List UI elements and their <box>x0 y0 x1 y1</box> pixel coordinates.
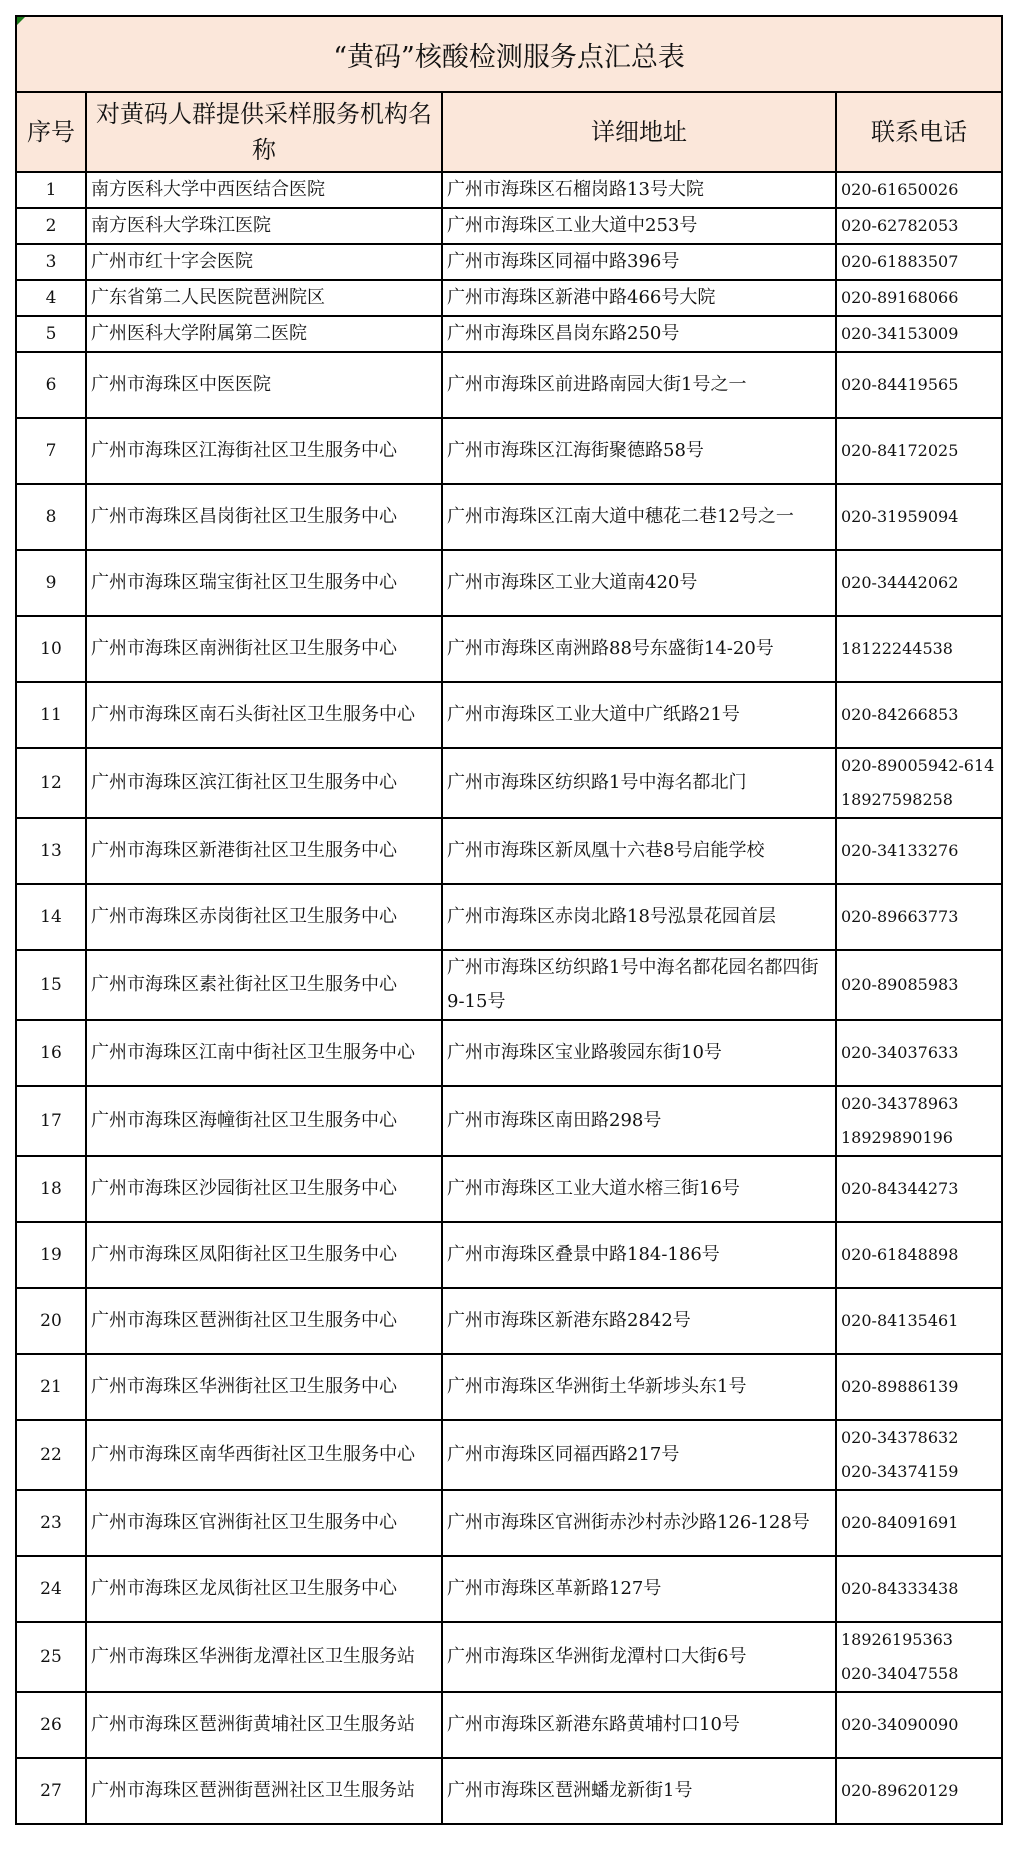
table-title-cell[interactable]: “黄码”核酸检测服务点汇总表 <box>16 16 1002 92</box>
table-row: 22广州市海珠区南华西街社区卫生服务中心广州市海珠区同福西路217号020-34… <box>16 1420 1002 1490</box>
spreadsheet: “黄码”核酸检测服务点汇总表 序号 对黄码人群提供采样服务机构名称 详细地址 联… <box>15 15 1001 1825</box>
cell-phone[interactable]: 020-34037633 <box>836 1020 1002 1086</box>
phone-number: 020-34378632 <box>841 1421 997 1455</box>
cell-phone[interactable]: 020-89663773 <box>836 884 1002 950</box>
cell-address[interactable]: 广州市海珠区新港东路黄埔村口10号 <box>442 1692 836 1758</box>
cell-phone[interactable]: 020-34153009 <box>836 316 1002 352</box>
phone-number: 18122244538 <box>841 632 997 666</box>
cell-name[interactable]: 广州市海珠区华洲街龙潭社区卫生服务站 <box>86 1622 442 1692</box>
table-row: 9广州市海珠区瑞宝街社区卫生服务中心广州市海珠区工业大道南420号020-344… <box>16 550 1002 616</box>
cell-address[interactable]: 广州市海珠区江海街聚德路58号 <box>442 418 836 484</box>
phone-number: 020-84266853 <box>841 698 997 732</box>
cell-name[interactable]: 广州市红十字会医院 <box>86 244 442 280</box>
cell-address[interactable]: 广州市海珠区工业大道中253号 <box>442 208 836 244</box>
cell-no[interactable]: 12 <box>16 748 86 818</box>
header-name[interactable]: 对黄码人群提供采样服务机构名称 <box>86 92 442 172</box>
cell-name[interactable]: 广州市海珠区滨江街社区卫生服务中心 <box>86 748 442 818</box>
cell-address[interactable]: 广州市海珠区革新路127号 <box>442 1556 836 1622</box>
cell-address[interactable]: 广州市海珠区叠景中路184-186号 <box>442 1222 836 1288</box>
service-points-table: “黄码”核酸检测服务点汇总表 序号 对黄码人群提供采样服务机构名称 详细地址 联… <box>15 15 1003 1825</box>
phone-number: 020-84419565 <box>841 368 997 402</box>
table-row: 4广东省第二人民医院琶洲院区广州市海珠区新港中路466号大院020-891680… <box>16 280 1002 316</box>
cell-phone[interactable]: 18122244538 <box>836 616 1002 682</box>
table-row: 21广州市海珠区华洲街社区卫生服务中心广州市海珠区华洲街土华新埗头东1号020-… <box>16 1354 1002 1420</box>
phone-number: 18927598258 <box>841 783 997 817</box>
cell-phone[interactable]: 020-34133276 <box>836 818 1002 884</box>
phone-number: 020-62782053 <box>841 209 997 243</box>
cell-address[interactable]: 广州市海珠区前进路南园大街1号之一 <box>442 352 836 418</box>
cell-name[interactable]: 广州市海珠区官洲街社区卫生服务中心 <box>86 1490 442 1556</box>
cell-address[interactable]: 广州市海珠区石榴岗路13号大院 <box>442 172 836 208</box>
cell-no[interactable]: 4 <box>16 280 86 316</box>
phone-number: 020-34442062 <box>841 566 997 600</box>
table-row: 1南方医科大学中西医结合医院广州市海珠区石榴岗路13号大院020-6165002… <box>16 172 1002 208</box>
cell-name[interactable]: 广州市海珠区沙园街社区卫生服务中心 <box>86 1156 442 1222</box>
cell-name[interactable]: 广州市海珠区华洲街社区卫生服务中心 <box>86 1354 442 1420</box>
cell-name[interactable]: 广州市海珠区江南中街社区卫生服务中心 <box>86 1020 442 1086</box>
cell-phone[interactable]: 020-3437896318929890196 <box>836 1086 1002 1156</box>
cell-address[interactable]: 广州市海珠区工业大道南420号 <box>442 550 836 616</box>
header-address[interactable]: 详细地址 <box>442 92 836 172</box>
cell-no[interactable]: 21 <box>16 1354 86 1420</box>
cell-no[interactable]: 10 <box>16 616 86 682</box>
cell-address[interactable]: 广州市海珠区南洲路88号东盛街14-20号 <box>442 616 836 682</box>
cell-name[interactable]: 广州市海珠区中医医院 <box>86 352 442 418</box>
cell-phone[interactable]: 020-84333438 <box>836 1556 1002 1622</box>
cell-no[interactable]: 27 <box>16 1758 86 1824</box>
cell-name[interactable]: 广州市海珠区龙凤街社区卫生服务中心 <box>86 1556 442 1622</box>
cell-no[interactable]: 25 <box>16 1622 86 1692</box>
cell-name[interactable]: 广州市海珠区昌岗街社区卫生服务中心 <box>86 484 442 550</box>
cell-address[interactable]: 广州市海珠区纺织路1号中海名都北门 <box>442 748 836 818</box>
cell-name[interactable]: 广州市海珠区南华西街社区卫生服务中心 <box>86 1420 442 1490</box>
cell-address[interactable]: 广州市海珠区工业大道水榕三街16号 <box>442 1156 836 1222</box>
cell-no[interactable]: 23 <box>16 1490 86 1556</box>
cell-address[interactable]: 广州市海珠区华洲街土华新埗头东1号 <box>442 1354 836 1420</box>
cell-address[interactable]: 广州市海珠区宝业路骏园东街10号 <box>442 1020 836 1086</box>
cell-address[interactable]: 广州市海珠区华洲街龙潭村口大街6号 <box>442 1622 836 1692</box>
cell-phone[interactable]: 020-84135461 <box>836 1288 1002 1354</box>
table-row: 25广州市海珠区华洲街龙潭社区卫生服务站广州市海珠区华洲街龙潭村口大街6号189… <box>16 1622 1002 1692</box>
phone-number: 020-84344273 <box>841 1172 997 1206</box>
cell-no[interactable]: 26 <box>16 1692 86 1758</box>
cell-address[interactable]: 广州市海珠区同福西路217号 <box>442 1420 836 1490</box>
cell-name[interactable]: 广州市海珠区琶洲街黄埔社区卫生服务站 <box>86 1692 442 1758</box>
cell-no[interactable]: 20 <box>16 1288 86 1354</box>
cell-no[interactable]: 11 <box>16 682 86 748</box>
table-row: 11广州市海珠区南石头街社区卫生服务中心广州市海珠区工业大道中广纸路21号020… <box>16 682 1002 748</box>
table-row: 17广州市海珠区海幢街社区卫生服务中心广州市海珠区南田路298号020-3437… <box>16 1086 1002 1156</box>
cell-name[interactable]: 广州市海珠区素社街社区卫生服务中心 <box>86 950 442 1020</box>
cell-phone[interactable]: 020-84419565 <box>836 352 1002 418</box>
phone-number: 020-61650026 <box>841 173 997 207</box>
cell-address[interactable]: 广州市海珠区南田路298号 <box>442 1086 836 1156</box>
phone-number: 18926195363 <box>841 1623 997 1657</box>
table-row: 27广州市海珠区琶洲街琶洲社区卫生服务站广州市海珠区琶洲蟠龙新街1号020-89… <box>16 1758 1002 1824</box>
cell-address[interactable]: 广州市海珠区赤岗北路18号泓景花园首层 <box>442 884 836 950</box>
cell-no[interactable]: 14 <box>16 884 86 950</box>
cell-no[interactable]: 15 <box>16 950 86 1020</box>
phone-number: 020-84172025 <box>841 434 997 468</box>
table-row: 20广州市海珠区琶洲街社区卫生服务中心广州市海珠区新港东路2842号020-84… <box>16 1288 1002 1354</box>
cell-no[interactable]: 2 <box>16 208 86 244</box>
cell-phone[interactable]: 020-89168066 <box>836 280 1002 316</box>
table-row: 6广州市海珠区中医医院广州市海珠区前进路南园大街1号之一020-84419565 <box>16 352 1002 418</box>
phone-number: 020-84091691 <box>841 1506 997 1540</box>
cell-no[interactable]: 8 <box>16 484 86 550</box>
table-row: 16广州市海珠区江南中街社区卫生服务中心广州市海珠区宝业路骏园东街10号020-… <box>16 1020 1002 1086</box>
cell-address[interactable]: 广州市海珠区昌岗东路250号 <box>442 316 836 352</box>
cell-phone[interactable]: 020-89005942-61418927598258 <box>836 748 1002 818</box>
cell-phone[interactable]: 18926195363020-34047558 <box>836 1622 1002 1692</box>
cell-phone[interactable]: 020-61883507 <box>836 244 1002 280</box>
cell-name[interactable]: 南方医科大学珠江医院 <box>86 208 442 244</box>
phone-number: 020-34133276 <box>841 834 997 868</box>
cell-comment-marker-icon <box>17 17 25 25</box>
table-title: “黄码”核酸检测服务点汇总表 <box>333 42 685 73</box>
cell-phone[interactable]: 020-62782053 <box>836 208 1002 244</box>
phone-number: 020-34037633 <box>841 1036 997 1070</box>
table-row: 7广州市海珠区江海街社区卫生服务中心广州市海珠区江海街聚德路58号020-841… <box>16 418 1002 484</box>
phone-number: 020-34153009 <box>841 317 997 351</box>
cell-phone[interactable]: 020-89886139 <box>836 1354 1002 1420</box>
cell-phone[interactable]: 020-34090090 <box>836 1692 1002 1758</box>
table-row: 23广州市海珠区官洲街社区卫生服务中心广州市海珠区官洲街赤沙村赤沙路126-12… <box>16 1490 1002 1556</box>
cell-address[interactable]: 广州市海珠区江南大道中穗花二巷12号之一 <box>442 484 836 550</box>
phone-number: 020-89620129 <box>841 1774 997 1808</box>
cell-phone[interactable]: 020-84091691 <box>836 1490 1002 1556</box>
phone-number: 020-34374159 <box>841 1455 997 1489</box>
cell-phone[interactable]: 020-89085983 <box>836 950 1002 1020</box>
cell-address[interactable]: 广州市海珠区同福中路396号 <box>442 244 836 280</box>
cell-no[interactable]: 13 <box>16 818 86 884</box>
cell-address[interactable]: 广州市海珠区新港中路466号大院 <box>442 280 836 316</box>
table-row: 12广州市海珠区滨江街社区卫生服务中心广州市海珠区纺织路1号中海名都北门020-… <box>16 748 1002 818</box>
cell-no[interactable]: 3 <box>16 244 86 280</box>
cell-no[interactable]: 9 <box>16 550 86 616</box>
cell-no[interactable]: 1 <box>16 172 86 208</box>
cell-name[interactable]: 广州医科大学附属第二医院 <box>86 316 442 352</box>
cell-no[interactable]: 17 <box>16 1086 86 1156</box>
cell-name[interactable]: 广州市海珠区南石头街社区卫生服务中心 <box>86 682 442 748</box>
phone-number: 020-34378963 <box>841 1087 997 1121</box>
cell-name[interactable]: 广州市海珠区海幢街社区卫生服务中心 <box>86 1086 442 1156</box>
cell-no[interactable]: 7 <box>16 418 86 484</box>
table-row: 13广州市海珠区新港街社区卫生服务中心广州市海珠区新凤凰十六巷8号启能学校020… <box>16 818 1002 884</box>
phone-number: 020-34090090 <box>841 1708 997 1742</box>
phone-number: 020-34047558 <box>841 1657 997 1691</box>
cell-name[interactable]: 广州市海珠区新港街社区卫生服务中心 <box>86 818 442 884</box>
phone-number: 020-89886139 <box>841 1370 997 1404</box>
table-row: 2南方医科大学珠江医院广州市海珠区工业大道中253号020-62782053 <box>16 208 1002 244</box>
cell-phone[interactable]: 020-89620129 <box>836 1758 1002 1824</box>
phone-number: 020-89168066 <box>841 281 997 315</box>
cell-phone[interactable]: 020-34378632020-34374159 <box>836 1420 1002 1490</box>
cell-address[interactable]: 广州市海珠区新港东路2842号 <box>442 1288 836 1354</box>
cell-name[interactable]: 广东省第二人民医院琶洲院区 <box>86 280 442 316</box>
cell-phone[interactable]: 020-31959094 <box>836 484 1002 550</box>
phone-number: 020-61883507 <box>841 245 997 279</box>
phone-number: 020-31959094 <box>841 500 997 534</box>
phone-number: 020-61848898 <box>841 1238 997 1272</box>
cell-no[interactable]: 16 <box>16 1020 86 1086</box>
phone-number: 18929890196 <box>841 1121 997 1155</box>
cell-address[interactable]: 广州市海珠区新凤凰十六巷8号启能学校 <box>442 818 836 884</box>
phone-number: 020-89005942-614 <box>841 749 997 783</box>
cell-phone[interactable]: 020-61650026 <box>836 172 1002 208</box>
cell-no[interactable]: 18 <box>16 1156 86 1222</box>
cell-address[interactable]: 广州市海珠区琶洲蟠龙新街1号 <box>442 1758 836 1824</box>
phone-number: 020-89085983 <box>841 968 997 1002</box>
cell-phone[interactable]: 020-84344273 <box>836 1156 1002 1222</box>
cell-phone[interactable]: 020-84266853 <box>836 682 1002 748</box>
phone-number: 020-84135461 <box>841 1304 997 1338</box>
cell-phone[interactable]: 020-61848898 <box>836 1222 1002 1288</box>
cell-no[interactable]: 6 <box>16 352 86 418</box>
table-row: 19广州市海珠区凤阳街社区卫生服务中心广州市海珠区叠景中路184-186号020… <box>16 1222 1002 1288</box>
table-row: 5广州医科大学附属第二医院广州市海珠区昌岗东路250号020-34153009 <box>16 316 1002 352</box>
cell-no[interactable]: 24 <box>16 1556 86 1622</box>
phone-number: 020-84333438 <box>841 1572 997 1606</box>
cell-name[interactable]: 广州市海珠区凤阳街社区卫生服务中心 <box>86 1222 442 1288</box>
cell-name[interactable]: 广州市海珠区江海街社区卫生服务中心 <box>86 418 442 484</box>
cell-no[interactable]: 22 <box>16 1420 86 1490</box>
table-row: 8广州市海珠区昌岗街社区卫生服务中心广州市海珠区江南大道中穗花二巷12号之一02… <box>16 484 1002 550</box>
table-row: 15广州市海珠区素社街社区卫生服务中心广州市海珠区纺织路1号中海名都花园名都四街… <box>16 950 1002 1020</box>
cell-phone[interactable]: 020-34442062 <box>836 550 1002 616</box>
cell-name[interactable]: 南方医科大学中西医结合医院 <box>86 172 442 208</box>
header-phone[interactable]: 联系电话 <box>836 92 1002 172</box>
cell-name[interactable]: 广州市海珠区赤岗街社区卫生服务中心 <box>86 884 442 950</box>
phone-number: 020-89663773 <box>841 900 997 934</box>
table-row: 3广州市红十字会医院广州市海珠区同福中路396号020-61883507 <box>16 244 1002 280</box>
table-row: 18广州市海珠区沙园街社区卫生服务中心广州市海珠区工业大道水榕三街16号020-… <box>16 1156 1002 1222</box>
cell-name[interactable]: 广州市海珠区琶洲街社区卫生服务中心 <box>86 1288 442 1354</box>
cell-phone[interactable]: 020-84172025 <box>836 418 1002 484</box>
cell-address[interactable]: 广州市海珠区纺织路1号中海名都花园名都四街9-15号 <box>442 950 836 1020</box>
table-body: 1南方医科大学中西医结合医院广州市海珠区石榴岗路13号大院020-6165002… <box>16 172 1002 1824</box>
table-row: 26广州市海珠区琶洲街黄埔社区卫生服务站广州市海珠区新港东路黄埔村口10号020… <box>16 1692 1002 1758</box>
cell-name[interactable]: 广州市海珠区南洲街社区卫生服务中心 <box>86 616 442 682</box>
cell-name[interactable]: 广州市海珠区琶洲街琶洲社区卫生服务站 <box>86 1758 442 1824</box>
cell-name[interactable]: 广州市海珠区瑞宝街社区卫生服务中心 <box>86 550 442 616</box>
table-row: 14广州市海珠区赤岗街社区卫生服务中心广州市海珠区赤岗北路18号泓景花园首层02… <box>16 884 1002 950</box>
cell-address[interactable]: 广州市海珠区工业大道中广纸路21号 <box>442 682 836 748</box>
table-row: 24广州市海珠区龙凤街社区卫生服务中心广州市海珠区革新路127号020-8433… <box>16 1556 1002 1622</box>
cell-no[interactable]: 5 <box>16 316 86 352</box>
cell-no[interactable]: 19 <box>16 1222 86 1288</box>
table-row: 10广州市海珠区南洲街社区卫生服务中心广州市海珠区南洲路88号东盛街14-20号… <box>16 616 1002 682</box>
cell-address[interactable]: 广州市海珠区官洲街赤沙村赤沙路126-128号 <box>442 1490 836 1556</box>
header-no[interactable]: 序号 <box>16 92 86 172</box>
